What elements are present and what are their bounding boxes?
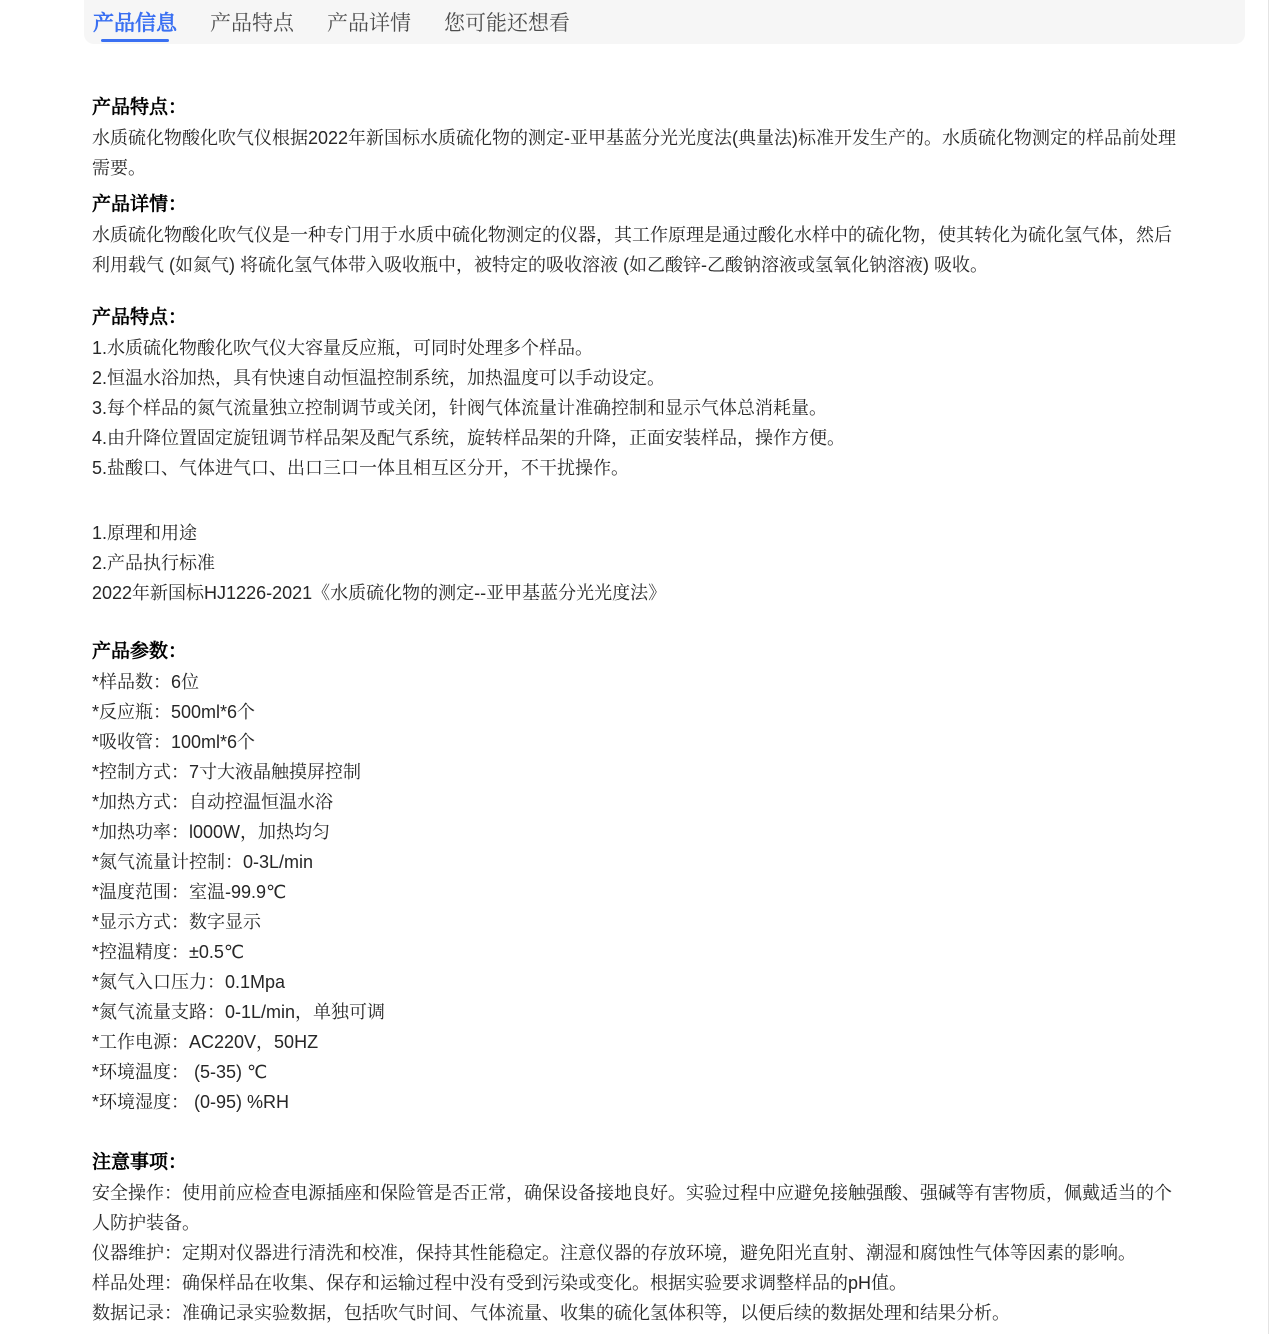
section-features-list: 产品特点：1.水质硫化物酸化吹气仪大容量反应瓶，可同时处理多个样品。2.恒温水浴… <box>92 303 1182 483</box>
product-detail-page: 产品信息 产品特点 产品详情 您可能还想看 产品特点：水质硫化物酸化吹气仪根据2… <box>0 0 1285 1334</box>
section-line: 安全操作：使用前应检查电源插座和保险管是否正常，确保设备接地良好。实验过程中应避… <box>92 1178 1182 1238</box>
section-line: 4.由升降位置固定旋钮调节样品架及配气系统，旋转样品架的升降，正面安装样品，操作… <box>92 423 1182 453</box>
section-line: 2.恒温水浴加热，具有快速自动恒温控制系统，加热温度可以手动设定。 <box>92 363 1182 393</box>
section-line: *环境温度： (5-35) ℃ <box>92 1057 1182 1087</box>
section-line: 数据记录：准确记录实验数据，包括吹气时间、气体流量、收集的硫化氢体积等，以便后续… <box>92 1298 1182 1328</box>
section-line: *环境湿度： (0-95) %RH <box>92 1087 1182 1117</box>
section-notes: 注意事项：安全操作：使用前应检查电源插座和保险管是否正常，确保设备接地良好。实验… <box>92 1148 1182 1328</box>
content: 产品特点：水质硫化物酸化吹气仪根据2022年新国标水质硫化物的测定-亚甲基蓝分光… <box>92 44 1182 1328</box>
section-line: *控温精度：±0.5℃ <box>92 937 1182 967</box>
section-heading: 产品特点： <box>92 93 1182 123</box>
section-features-intro: 产品特点：水质硫化物酸化吹气仪根据2022年新国标水质硫化物的测定-亚甲基蓝分光… <box>92 93 1182 183</box>
tab-product-features[interactable]: 产品特点 <box>210 0 294 44</box>
section-heading: 产品特点： <box>92 303 1182 333</box>
section-line: 2.产品执行标准 <box>92 548 1182 578</box>
section-details: 产品详情：水质硫化物酸化吹气仪是一种专门用于水质中硫化物测定的仪器，其工作原理是… <box>92 190 1182 280</box>
section-line: *加热功率：l000W，加热均匀 <box>92 817 1182 847</box>
tab-you-may-also-like[interactable]: 您可能还想看 <box>444 0 570 44</box>
section-line: 5.盐酸口、气体进气口、出口三口一体且相互区分开，不干扰操作。 <box>92 453 1182 483</box>
section-line: 2022年新国标HJ1226-2021《水质硫化物的测定--亚甲基蓝分光光度法》 <box>92 578 1182 608</box>
section-line: *工作电源：AC220V，50HZ <box>92 1027 1182 1057</box>
tab-product-info[interactable]: 产品信息 <box>93 0 177 44</box>
section-line: *控制方式：7寸大液晶触摸屏控制 <box>92 757 1182 787</box>
section-line: *温度范围：室温-99.9℃ <box>92 877 1182 907</box>
section-line: *氮气入口压力：0.1Mpa <box>92 967 1182 997</box>
vertical-divider <box>1268 0 1269 1334</box>
tab-product-details[interactable]: 产品详情 <box>327 0 411 44</box>
section-line: *氮气流量计控制：0-3L/min <box>92 847 1182 877</box>
section-line: 水质硫化物酸化吹气仪是一种专门用于水质中硫化物测定的仪器，其工作原理是通过酸化水… <box>92 220 1182 280</box>
section-heading: 产品参数： <box>92 637 1182 667</box>
section-line: *氮气流量支路：0-1L/min，单独可调 <box>92 997 1182 1027</box>
section-line: *样品数：6位 <box>92 667 1182 697</box>
section-line: 1.水质硫化物酸化吹气仪大容量反应瓶，可同时处理多个样品。 <box>92 333 1182 363</box>
section-heading: 产品详情： <box>92 190 1182 220</box>
product-tab-bar: 产品信息 产品特点 产品详情 您可能还想看 <box>84 0 1245 44</box>
section-line: 1.原理和用途 <box>92 518 1182 548</box>
section-parameters: 产品参数：*样品数：6位*反应瓶：500ml*6个*吸收管：100ml*6个*控… <box>92 637 1182 1117</box>
section-line: *显示方式：数字显示 <box>92 907 1182 937</box>
section-line: *吸收管：100ml*6个 <box>92 727 1182 757</box>
section-heading: 注意事项： <box>92 1148 1182 1178</box>
section-standards: 1.原理和用途2.产品执行标准2022年新国标HJ1226-2021《水质硫化物… <box>92 518 1182 608</box>
section-line: 仪器维护：定期对仪器进行清洗和校准，保持其性能稳定。注意仪器的存放环境，避免阳光… <box>92 1238 1182 1268</box>
section-line: *加热方式：自动控温恒温水浴 <box>92 787 1182 817</box>
section-line: 样品处理：确保样品在收集、保存和运输过程中没有受到污染或变化。根据实验要求调整样… <box>92 1268 1182 1298</box>
section-line: 3.每个样品的氮气流量独立控制调节或关闭，针阀气体流量计准确控制和显示气体总消耗… <box>92 393 1182 423</box>
section-line: *反应瓶：500ml*6个 <box>92 697 1182 727</box>
section-line: 水质硫化物酸化吹气仪根据2022年新国标水质硫化物的测定-亚甲基蓝分光光度法(典… <box>92 123 1182 183</box>
